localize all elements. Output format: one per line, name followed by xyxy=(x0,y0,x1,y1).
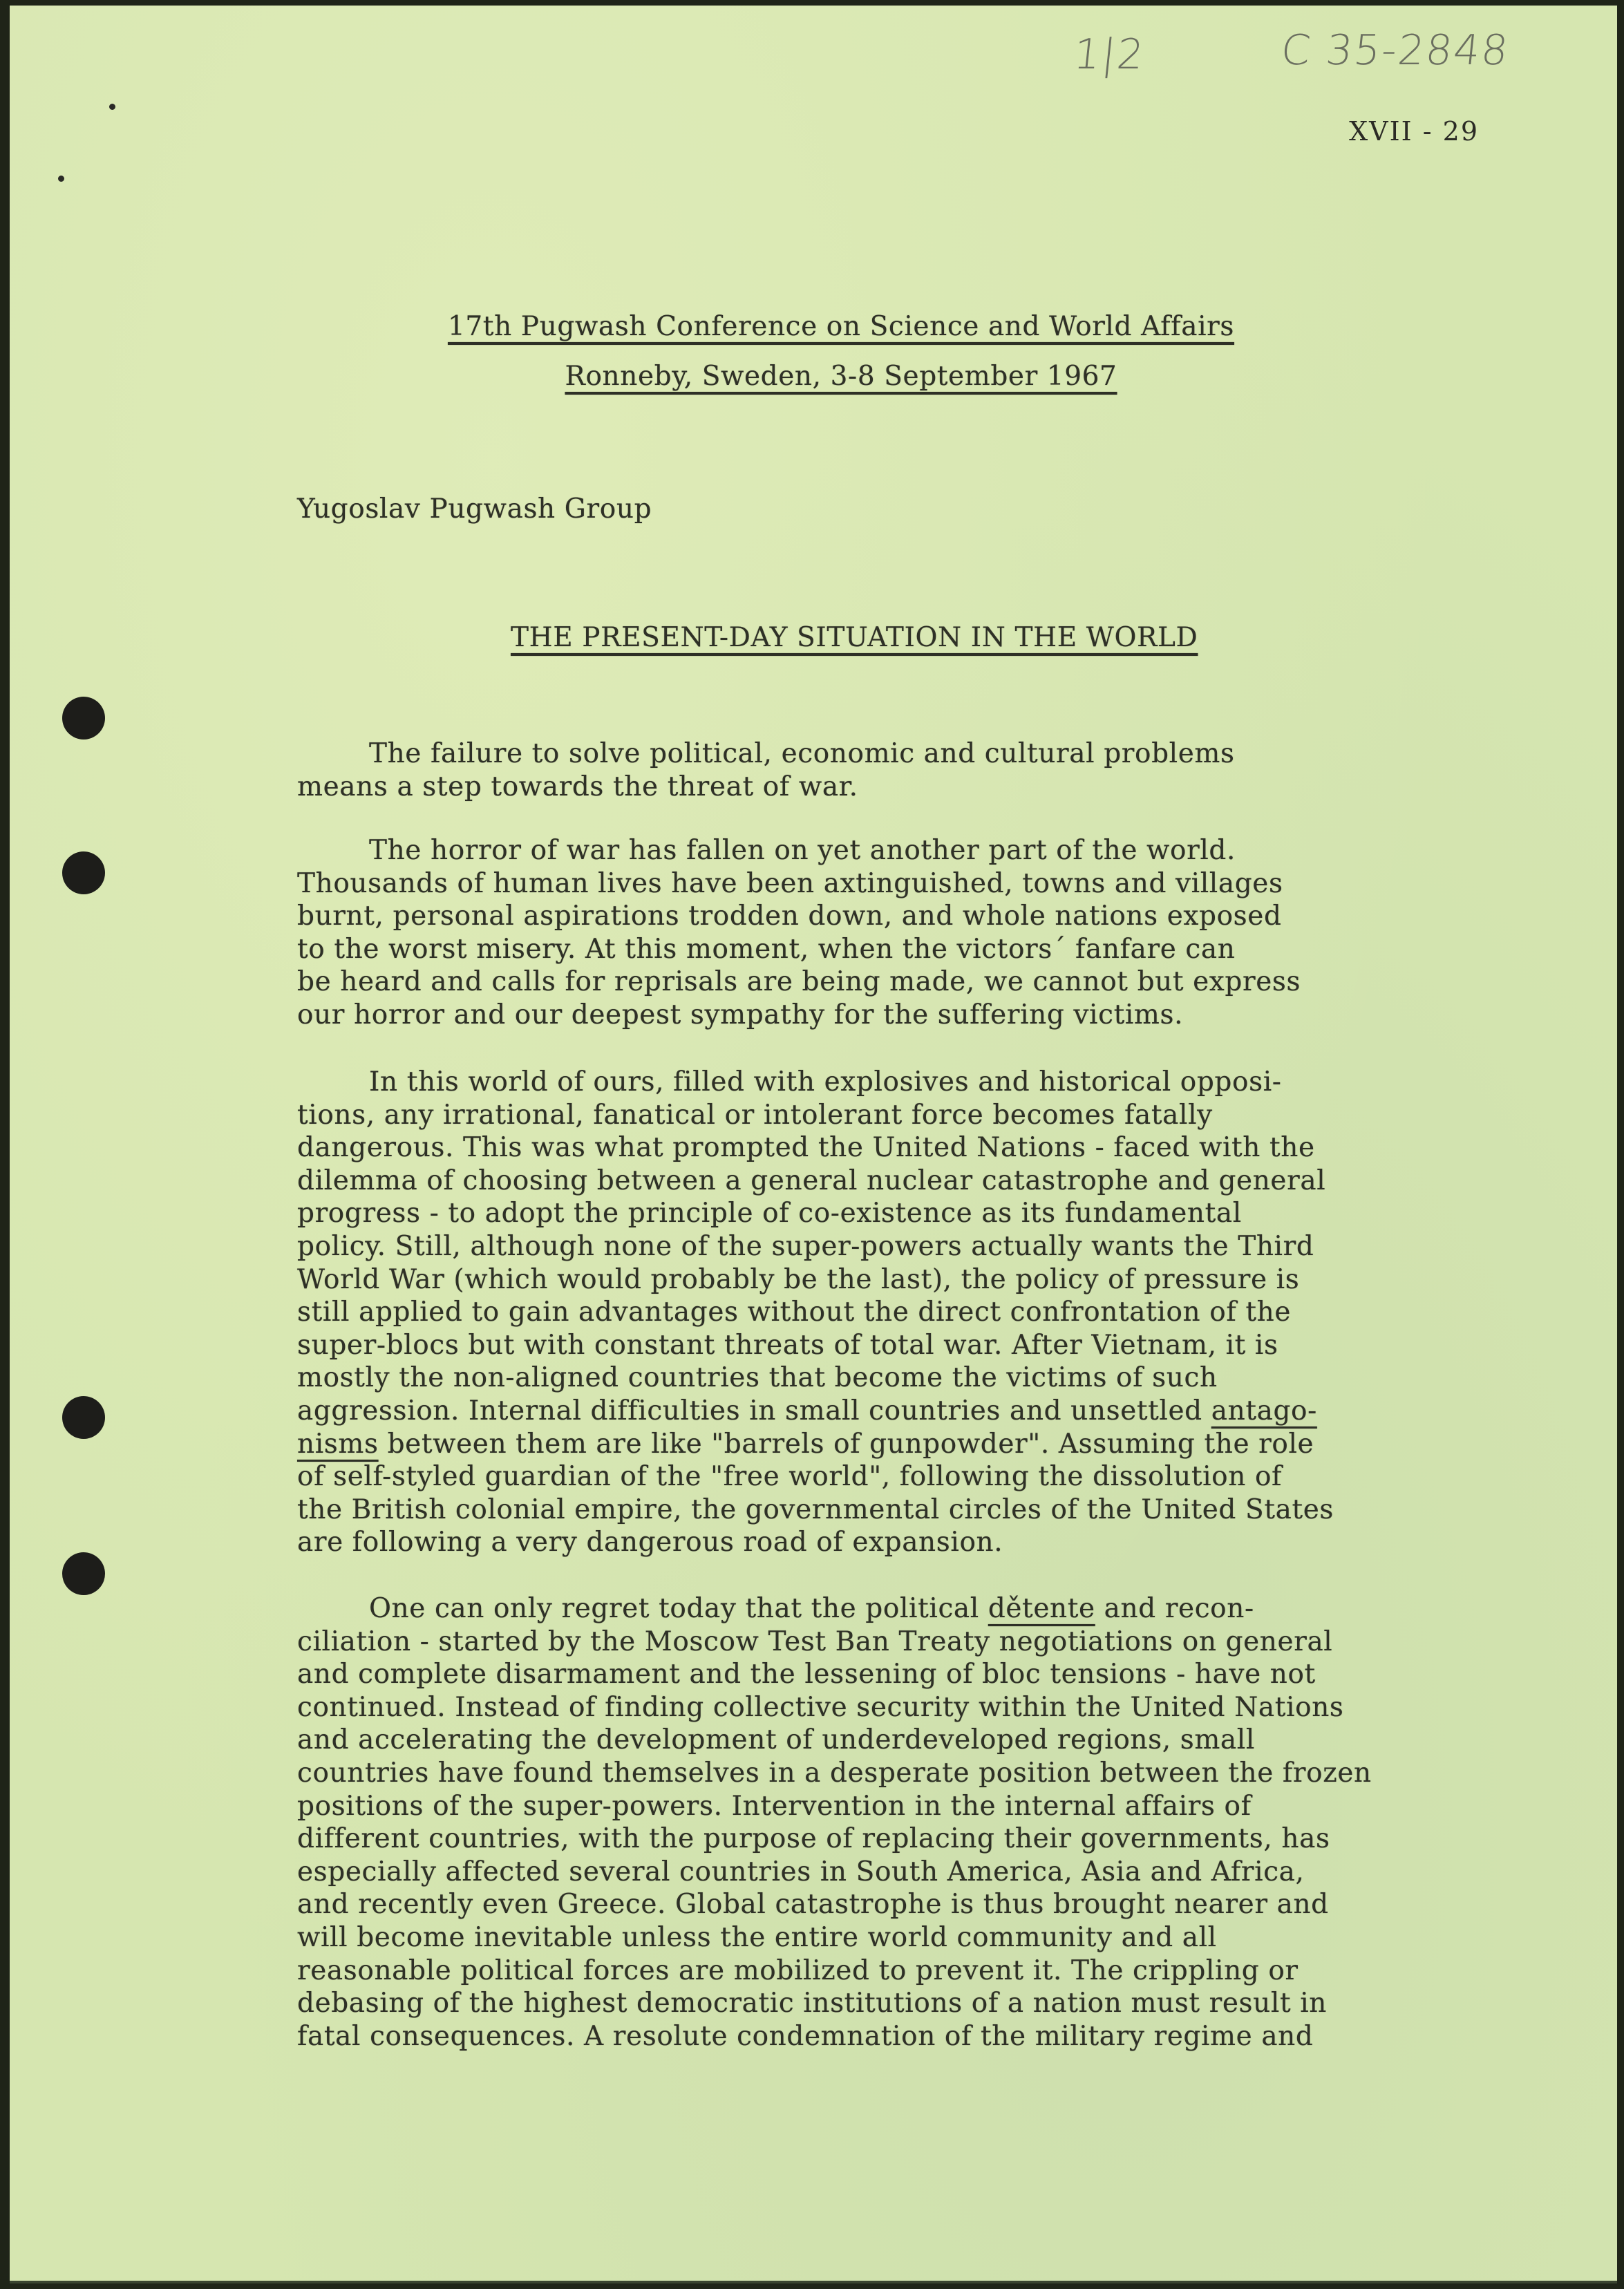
paragraph-4-line: and recently even Greece. Global catastr… xyxy=(297,1889,1329,1920)
paragraph-4-line: ciliation - started by the Moscow Test B… xyxy=(297,1626,1332,1657)
paragraph-4-line: countries have found themselves in a des… xyxy=(297,1758,1372,1789)
paragraph-3-line: nisms between them are like "barrels of … xyxy=(297,1429,1314,1460)
paragraph-4-line: different countries, with the purpose of… xyxy=(297,1823,1330,1854)
paragraph-2-line: our horror and our deepest sympathy for … xyxy=(297,999,1183,1030)
paragraph-3-line: policy. Still, although none of the supe… xyxy=(297,1231,1314,1262)
paragraph-3-line: dangerous. This was what prompted the Un… xyxy=(297,1132,1315,1163)
paragraph-1-line: means a step towards the threat of war. xyxy=(297,771,858,802)
paragraph-4-line: reasonable political forces are mobilize… xyxy=(297,1955,1299,1986)
paragraph-3-line: aggression. Internal difficulties in sma… xyxy=(297,1395,1317,1426)
paragraph-3-line: progress - to adopt the principle of co-… xyxy=(297,1198,1242,1229)
underlined-word: nisms xyxy=(297,1429,379,1460)
paragraph-3-line: super-blocs but with constant threats of… xyxy=(297,1330,1278,1361)
paragraph-4-line: especially affected several countries in… xyxy=(297,1856,1305,1887)
paragraph-3-line: the British colonial empire, the governm… xyxy=(297,1494,1334,1525)
paragraph-3-line: still applied to gain advantages without… xyxy=(297,1297,1291,1328)
paragraph-2-line: The horror of war has fallen on yet anot… xyxy=(297,835,1236,866)
paragraph-2-line: be heard and calls for reprisals are bei… xyxy=(297,966,1301,997)
conference-location-date: Ronneby, Sweden, 3-8 September 1967 xyxy=(10,361,1617,392)
paragraph-4-line: fatal consequences. A resolute condemnat… xyxy=(297,2021,1313,2052)
document-heading: THE PRESENT-DAY SITUATION IN THE WORLD xyxy=(511,622,1198,653)
paragraph-2-line: to the worst misery. At this moment, whe… xyxy=(297,934,1235,965)
paragraph-4-line: and accelerating the development of unde… xyxy=(297,1724,1255,1755)
punch-hole xyxy=(62,851,105,894)
paragraph-2-line: Thousands of human lives have been axtin… xyxy=(297,868,1283,899)
document-reference-number: XVII - 29 xyxy=(1349,116,1479,147)
underlined-word: antago- xyxy=(1211,1395,1317,1426)
punch-hole xyxy=(62,1552,105,1595)
paragraph-4-line: One can only regret today that the polit… xyxy=(297,1593,1254,1624)
author-group: Yugoslav Pugwash Group xyxy=(297,493,652,525)
ink-speck xyxy=(109,104,115,110)
paragraph-3-line: dilemma of choosing between a general nu… xyxy=(297,1165,1325,1196)
paragraph-3-line: World War (which would probably be the l… xyxy=(297,1264,1299,1295)
document-page: 1|2 C 35-2848 XVII - 29 17th Pugwash Con… xyxy=(10,6,1617,2283)
ink-speck xyxy=(58,176,64,182)
paragraph-4-line: continued. Instead of finding collective… xyxy=(297,1692,1344,1723)
paragraph-3-line: mostly the non-aligned countries that be… xyxy=(297,1362,1218,1393)
paragraph-3-line: of self-styled guardian of the "free wor… xyxy=(297,1461,1282,1492)
paragraph-1-line: The failure to solve political, economic… xyxy=(297,738,1235,769)
paragraph-3-line: In this world of ours, filled with explo… xyxy=(297,1066,1282,1098)
paragraph-4-line: and complete disarmament and the lesseni… xyxy=(297,1659,1316,1690)
paragraph-4-line: debasing of the highest democratic insti… xyxy=(297,1988,1327,2019)
handwritten-page-mark: 1|2 xyxy=(1071,30,1147,79)
paragraph-2-line: burnt, personal aspirations trodden down… xyxy=(297,901,1282,932)
paragraph-4-line: will become inevitable unless the entire… xyxy=(297,1922,1217,1953)
paragraph-3-line: tions, any irrational, fanatical or into… xyxy=(297,1100,1213,1131)
punch-hole xyxy=(62,697,105,740)
conference-title: 17th Pugwash Conference on Science and W… xyxy=(10,311,1617,342)
punch-hole xyxy=(62,1396,105,1439)
handwritten-catalog-number: C 35-2848 xyxy=(1278,26,1511,75)
underlined-word: dětente xyxy=(988,1593,1095,1624)
paragraph-3-line: are following a very dangerous road of e… xyxy=(297,1527,1003,1558)
paragraph-4-line: positions of the super-powers. Intervent… xyxy=(297,1791,1252,1822)
